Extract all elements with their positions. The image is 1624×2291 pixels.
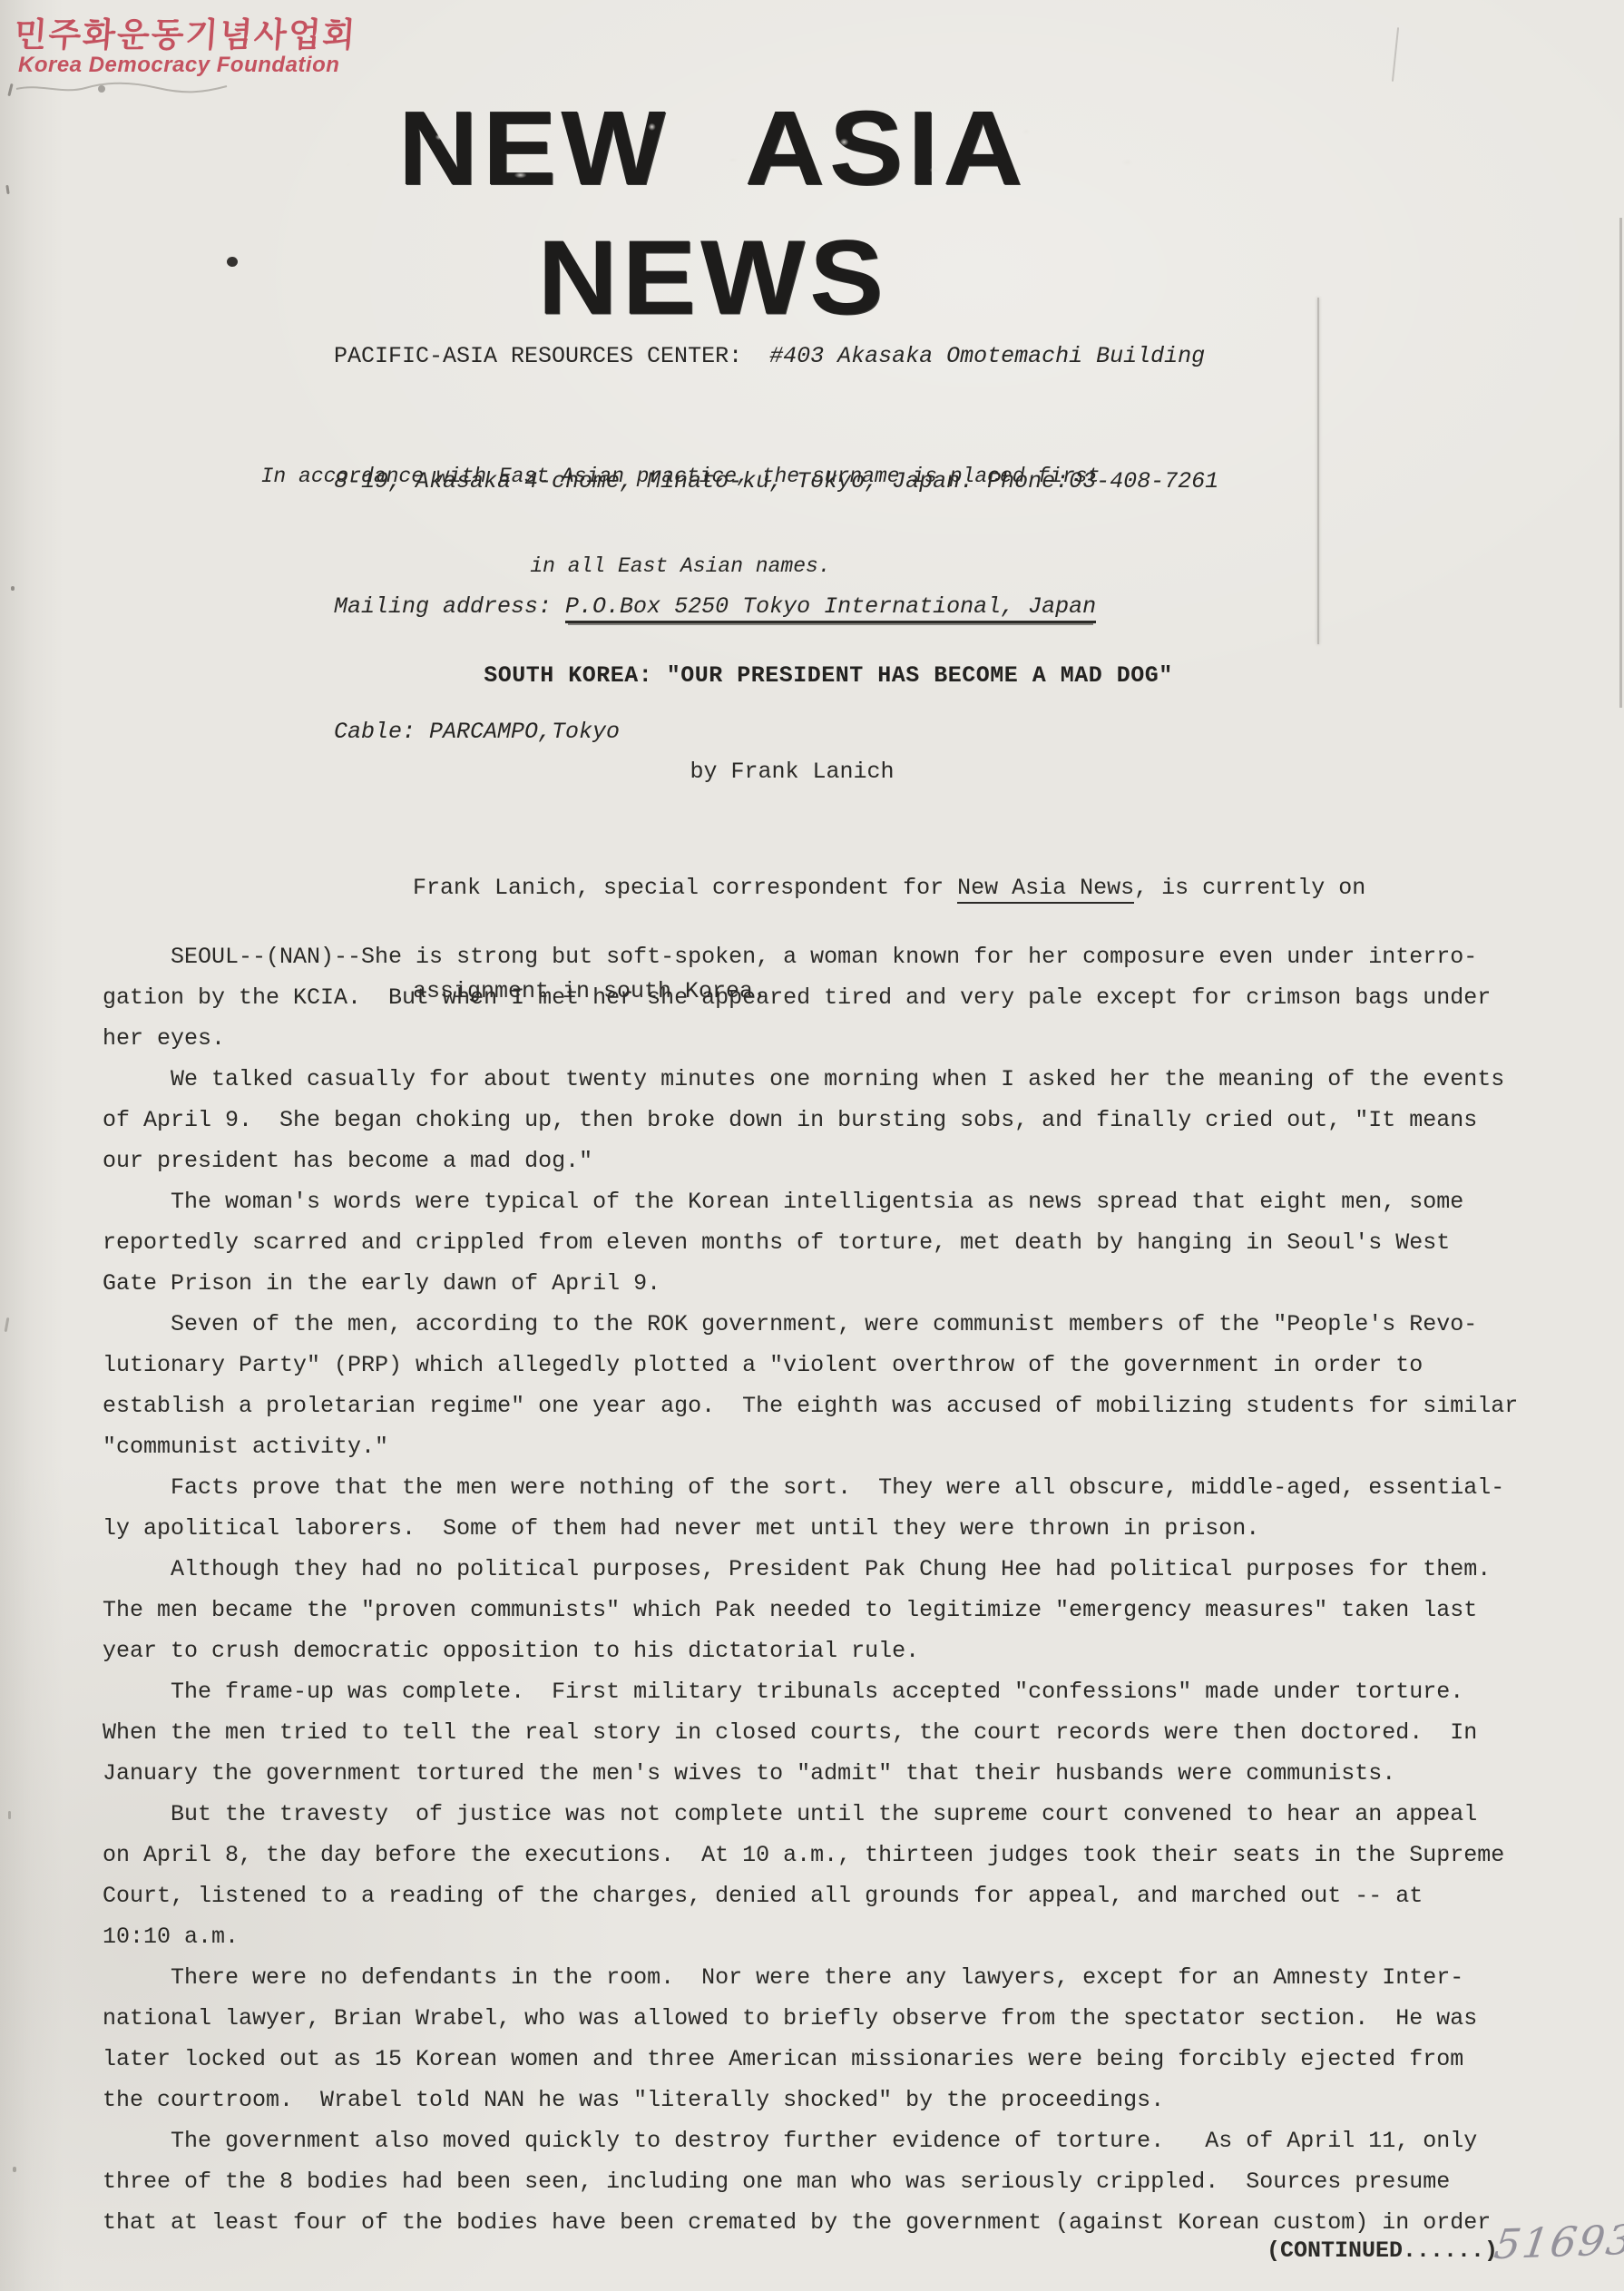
paper-crease-line <box>1317 298 1319 644</box>
handwritten-archive-number: 516937 <box>1492 2215 1624 2268</box>
body-line: on April 8, the day before the execution… <box>103 1835 1600 1875</box>
body-line: reportedly scarred and crippled from ele… <box>103 1222 1600 1263</box>
scan-artifact <box>1392 27 1399 82</box>
body-line: Seven of the men, according to the ROK g… <box>103 1304 1600 1345</box>
publisher-line-1: PACIFIC-ASIA RESOURCES CENTER: #403 Akas… <box>334 336 1218 377</box>
body-line: national lawyer, Brian Wrabel, who was a… <box>103 1998 1600 2039</box>
body-line: lutionary Party" (PRP) which allegedly p… <box>103 1345 1600 1385</box>
body-line: The frame-up was complete. First militar… <box>103 1671 1600 1712</box>
continued-marker: (CONTINUED......) <box>1267 2237 1498 2264</box>
body-line: year to crush democratic opposition to h… <box>103 1630 1600 1671</box>
body-line: ly apolitical laborers. Some of them had… <box>103 1508 1600 1549</box>
body-line: Court, listened to a reading of the char… <box>103 1875 1600 1916</box>
article-byline: by Frank Lanich <box>103 759 1482 785</box>
pencil-smudge-artifact <box>13 76 230 98</box>
body-line: establish a proletarian regime" one year… <box>103 1385 1600 1426</box>
kdf-logo-korean: 민주화운동기념사업회 <box>13 7 358 56</box>
publisher-address-line1: #403 Akasaka Omotemachi Building <box>769 343 1205 369</box>
body-line: The government also moved quickly to des… <box>103 2120 1600 2161</box>
scan-artifact <box>5 1317 10 1332</box>
body-line: But the travesty of justice was not comp… <box>103 1794 1600 1835</box>
publisher-cable-line: Cable: PARCAMPO,Tokyo <box>334 711 1218 753</box>
body-line: three of the 8 bodies had been seen, inc… <box>103 2161 1600 2202</box>
masthead-distress-texture <box>207 86 1218 213</box>
naming-practice-note: In accordance with East Asian practice, … <box>249 402 1111 612</box>
body-line: "communist activity." <box>103 1426 1600 1467</box>
article-body: SEOUL--(NAN)--She is strong but soft-spo… <box>103 936 1600 2243</box>
body-line: Facts prove that the men were nothing of… <box>103 1467 1600 1508</box>
scan-artifact <box>5 185 9 194</box>
body-line: her eyes. <box>103 1018 1600 1059</box>
body-line: Although they had no political purposes,… <box>103 1549 1600 1590</box>
body-line: SEOUL--(NAN)--She is strong but soft-spo… <box>103 936 1600 977</box>
practice-note-line1: In accordance with East Asian practice, … <box>249 462 1111 492</box>
body-line: When the men tried to tell the real stor… <box>103 1712 1600 1753</box>
body-line: There were no defendants in the room. No… <box>103 1957 1600 1998</box>
body-line: 10:10 a.m. <box>103 1916 1600 1957</box>
body-line: gation by the KCIA. But when I met her s… <box>103 977 1600 1018</box>
body-line: The woman's words were typical of the Ko… <box>103 1181 1600 1222</box>
scan-edge-line <box>1619 218 1622 708</box>
scanned-newsletter-page: { "branding": { "korean_name": "민주화운동기념사… <box>0 0 1624 2291</box>
ink-dot-artifact <box>227 257 238 267</box>
body-line: our president has become a mad dog." <box>103 1141 1600 1181</box>
kdf-logo-english: Korea Democracy Foundation <box>18 53 339 78</box>
publisher-center-label: PACIFIC-ASIA RESOURCES CENTER: <box>334 343 742 369</box>
body-line: Gate Prison in the early dawn of April 9… <box>103 1263 1600 1304</box>
scan-artifact <box>8 1811 11 1819</box>
body-line: We talked casually for about twenty minu… <box>103 1059 1600 1100</box>
body-line: later locked out as 15 Korean women and … <box>103 2039 1600 2080</box>
body-line: January the government tortured the men'… <box>103 1753 1600 1794</box>
practice-note-line2: in all East Asian names. <box>249 552 1111 582</box>
scan-artifact <box>11 586 15 591</box>
scan-artifact <box>13 2167 16 2172</box>
body-line: The men became the "proven communists" w… <box>103 1590 1600 1630</box>
correspondent-note-line1: Frank Lanich, special correspondent for … <box>413 871 1365 906</box>
body-line: of April 9. She began choking up, then b… <box>103 1100 1600 1141</box>
body-line: the courtroom. Wrabel told NAN he was "l… <box>103 2080 1600 2120</box>
publication-name-underlined: New Asia News <box>957 875 1134 904</box>
article-headline: SOUTH KOREA: "OUR PRESIDENT HAS BECOME A… <box>103 662 1554 689</box>
